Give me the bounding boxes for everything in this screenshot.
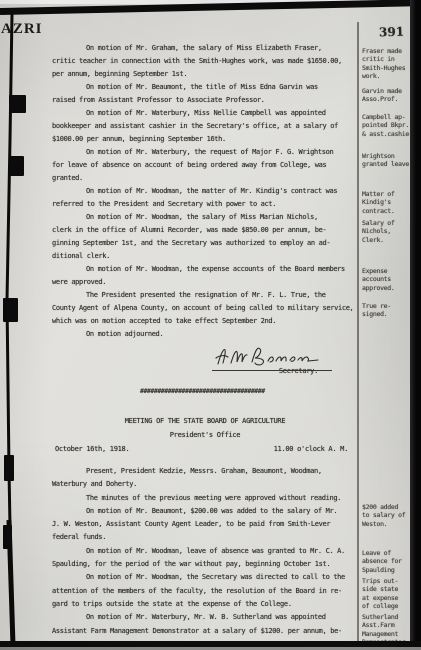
text-line: federal funds. [52,531,358,544]
minutes-section-1: On motion of Mr. Graham, the salary of M… [52,42,358,341]
margin-notes-column: Fraser madecritic inSmith-Hugheswork.Gar… [362,0,410,650]
minutes-section-2: MEETING OF THE STATE BOARD OF AGRICULTUR… [52,414,358,638]
margin-note-line: Clerk. [362,236,410,244]
corner-stamp: AZRI [1,21,43,38]
margin-note-line: Spaulding [362,566,410,574]
text-line: Present, President Kedzie, Messrs. Graha… [52,465,358,478]
binder-mark [9,95,26,113]
secretary-label: Secretary. [212,367,332,375]
margin-note: Trips out-side stateat expenseof college [362,577,410,610]
text-line: raised from Assistant Professor to Assoc… [52,94,358,107]
text-line: J. W. Weston, Assistant County Agent Lea… [52,518,358,531]
text-line: for leave of absence on account of being… [52,159,358,172]
margin-note-line: approved. [362,284,410,292]
margin-note-line: Asso.Prof. [362,95,410,103]
text-line: bookkeeper and assistant cashier in the … [52,120,358,133]
text-line: referred to the President and Secretary … [52,198,358,211]
margin-note-line: to salary of [362,511,410,519]
text-line: On motion of Mr. Woodman, the matter of … [52,185,358,198]
scanned-minutes-page: AZRI 391 On motion of Mr. Graham, the sa… [0,0,421,650]
text-line: Spaulding, for the period of the war wit… [52,558,358,571]
text-line: critic teacher in connection with the Sm… [52,55,358,68]
text-line: Waterbury and Doherty. [52,478,358,491]
margin-note-line: work. [362,72,410,80]
scan-right-black-edge [410,0,421,650]
margin-note-line: Weston. [362,520,410,528]
text-line: clerk in the office of Alumni Recorder, … [52,224,358,237]
margin-note: Garvin madeAsso.Prof. [362,87,410,104]
page-number: 391 [379,25,405,40]
meeting-title: MEETING OF THE STATE BOARD OF AGRICULTUR… [52,414,358,428]
margin-note-line: accounts [362,275,410,283]
margin-note: $200 addedto salary ofWeston. [362,503,410,528]
margin-note-line: of college [362,602,410,610]
text-line: which was on motion accepted to take eff… [52,315,358,328]
margin-note-line: absence for [362,557,410,565]
margin-note: Leave ofabsence forSpaulding [362,549,410,574]
margin-note: Salary ofNichols,Clerk. [362,219,410,244]
binder-mark [3,525,12,549]
section-divider: #################################### [140,387,265,395]
text-line: gard to trips outside the state at the e… [52,598,358,611]
margin-note-line: at expense [362,594,410,602]
margin-note: Expenseaccountsapproved. [362,267,410,292]
text-line: On motion of Mr. Beaumont, the title of … [52,81,358,94]
margin-note-line: Smith-Hughes [362,64,410,72]
margin-note: Fraser madecritic inSmith-Hugheswork. [362,47,410,80]
text-line: per annum, beginning September 1st. [52,68,358,81]
text-line: On motion adjourned. [52,328,358,341]
text-line: On motion of Mr. Woodman, leave of absen… [52,545,358,558]
meeting-time: 11.00 o'clock A. M. [274,442,348,456]
text-line: County Agent of Alpena County, on accoun… [52,302,358,315]
margin-note-line: signed. [362,310,410,318]
binder-mark [4,455,14,481]
text-line: The minutes of the previous meeting were… [52,492,358,505]
margin-note-line: critic in [362,55,410,63]
text-line: On motion of Mr. Woodman, the salary of … [52,211,358,224]
margin-note: Wrightsongranted leave [362,152,410,169]
text-line: attention of the members of the faculty,… [52,585,358,598]
margin-note-line: contract. [362,207,410,215]
text-line: On motion of Mr. Beaumont, $200.00 was a… [52,505,358,518]
margin-note: Matter ofKindig'scontract. [362,190,410,215]
text-line: On motion of Mr. Woodman, the Secretary … [52,571,358,584]
margin-note-line: granted leave [362,160,410,168]
meeting-dateline: October 16th, 1918. 11.00 o'clock A. M. [52,442,358,456]
margin-note-line: Asst.Farm [362,621,410,629]
text-line: were approved. [52,276,358,289]
margin-note-line: side state [362,585,410,593]
meeting-location: President's Office [52,428,358,442]
margin-note: True re-signed. [362,302,410,319]
margin-note-line: pointed Bkpr. [362,121,410,129]
margin-note-line: Kindig's [362,198,410,206]
meeting-date: October 16th, 1918. [55,442,129,456]
text-line: ditional clerk. [52,250,358,263]
text-line: $1000.00 per annum, beginning September … [52,133,358,146]
binder-mark [3,298,18,322]
minutes-section-2-lines: Present, President Kedzie, Messrs. Graha… [52,465,358,638]
text-line: On motion of Mr. Graham, the salary of M… [52,42,358,55]
text-line: On motion of Mr. Woodman, the expense ac… [52,263,358,276]
text-line: ginning September 1st, and the Secretary… [52,237,358,250]
text-line: On motion of Mr. Waterbury, the request … [52,146,358,159]
text-line: On motion of Mr. Waterbury, Miss Nellie … [52,107,358,120]
text-line: granted. [52,172,358,185]
margin-note: Campbell ap-pointed Bkpr.& asst.cashier [362,113,410,138]
binder-mark [9,156,24,176]
margin-note-line: Management [362,630,410,638]
text-line: The President presented the resignation … [52,289,358,302]
margin-note-line: & asst.cashier [362,130,410,138]
handwritten-signature-icon [212,345,330,366]
margin-note-line: Nichols, [362,227,410,235]
text-line: Assistant Farm Management Demonstrator a… [52,625,358,638]
text-line: On motion of Mr. Waterbury, Mr. W. B. Su… [52,611,358,624]
